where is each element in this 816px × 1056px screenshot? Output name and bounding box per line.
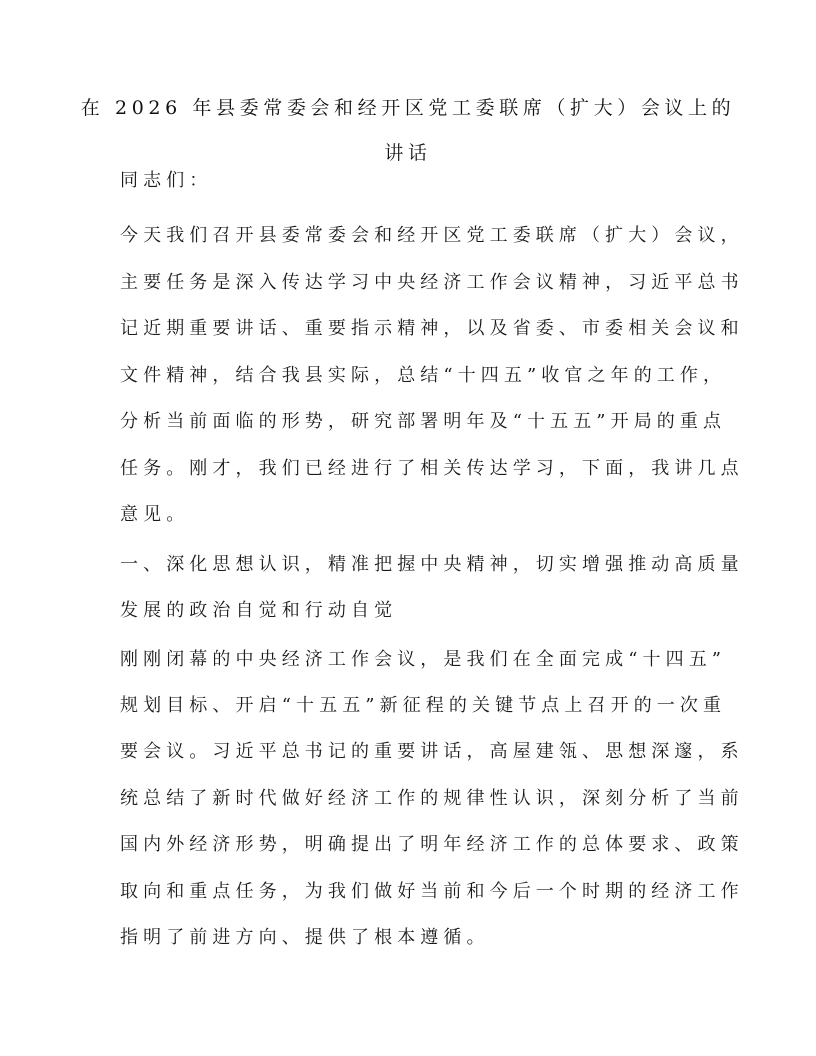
section-heading-line: 发展的政治自觉和行动自觉: [120, 596, 720, 626]
paragraph-line: 统总结了新时代做好经济工作的规律性认识，深刻分析了当前: [120, 784, 720, 814]
paragraph-line: 意见。: [120, 500, 720, 530]
paragraph-line: 要会议。习近平总书记的重要讲话，高屋建瓴、思想深邃，系: [120, 737, 720, 767]
paragraph-line: 记近期重要讲话、重要指示精神，以及省委、市委相关会议和: [120, 314, 720, 344]
paragraph-line: 指明了前进方向、提供了根本遵循。: [120, 923, 720, 953]
paragraph-line: 规划目标、开启“十五五”新征程的关键节点上召开的一次重: [120, 691, 720, 721]
document-page: 在 2026 年县委常委会和经开区党工委联席（扩大）会议上的 讲话 同志们： 今…: [0, 0, 816, 1056]
paragraph-line: 取向和重点任务，为我们做好当前和今后一个时期的经济工作: [120, 877, 720, 907]
paragraph-line: 刚刚闭幕的中央经济工作会议，是我们在全面完成“十四五”: [120, 645, 720, 675]
paragraph-line: 文件精神，结合我县实际，总结“十四五”收官之年的工作，: [120, 361, 720, 391]
section-heading-line: 一、深化思想认识，精准把握中央精神，切实增强推动高质量: [120, 550, 720, 580]
paragraph-line: 任务。刚才，我们已经进行了相关传达学习，下面，我讲几点: [120, 454, 720, 484]
salutation: 同志们：: [120, 166, 720, 196]
paragraph-line: 国内外经济形势，明确提出了明年经济工作的总体要求、政策: [120, 830, 720, 860]
paragraph-line: 主要任务是深入传达学习中央经济工作会议精神，习近平总书: [120, 268, 720, 298]
paragraph-line: 今天我们召开县委常委会和经开区党工委联席（扩大）会议，: [120, 221, 720, 251]
paragraph-line: 分析当前面临的形势，研究部署明年及“十五五”开局的重点: [120, 407, 720, 437]
document-title-line-2: 讲话: [0, 138, 816, 168]
document-title-line-1: 在 2026 年县委常委会和经开区党工委联席（扩大）会议上的: [0, 93, 816, 123]
